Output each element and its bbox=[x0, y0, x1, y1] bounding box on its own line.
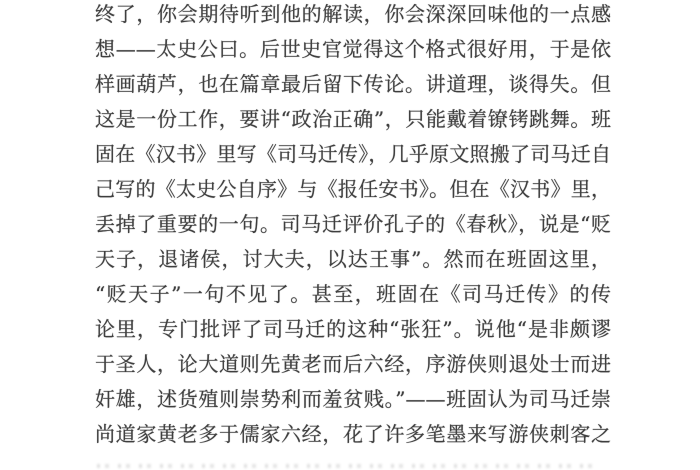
clipped-text-line-remnant bbox=[97, 462, 597, 470]
text-line: “贬天子”一句不见了。甚至，班固在《司马迁传》的传 bbox=[95, 277, 611, 312]
text-line: 丢掉了重要的一句。司马迁评价孔子的《春秋》，说是“贬 bbox=[95, 207, 611, 242]
text-line: 固在《汉书》里写《司马迁传》，几乎原文照搬了司马迁自 bbox=[95, 137, 611, 172]
text-line: 尚道家黄老多于儒家六经，花了许多笔墨来写游侠刺客之 bbox=[95, 417, 611, 452]
body-text-block: 终了，你会期待听到他的解读，你会深深回味他的一点感 想——太史公曰。后世史官觉得… bbox=[95, 0, 611, 452]
scanned-book-page: 终了，你会期待听到他的解读，你会深深回味他的一点感 想——太史公曰。后世史官觉得… bbox=[0, 0, 700, 470]
text-line: 论里，专门批评了司马迁的这种“张狂”。说他“是非颇谬 bbox=[95, 312, 611, 347]
text-line: 奸雄，述货殖则崇势利而羞贫贱。”——班固认为司马迁崇 bbox=[95, 382, 611, 417]
text-line: 于圣人，论大道则先黄老而后六经，序游侠则退处士而进 bbox=[95, 347, 611, 382]
text-line: 想——太史公曰。后世史官觉得这个格式很好用，于是依 bbox=[95, 32, 611, 67]
text-line: 终了，你会期待听到他的解读，你会深深回味他的一点感 bbox=[95, 0, 611, 32]
text-line: 这是一份工作，要讲“政治正确”，只能戴着镣铐跳舞。班 bbox=[95, 102, 611, 137]
text-line: 天子，退诸侯，讨大夫，以达王事”。然而在班固这里， bbox=[95, 242, 611, 277]
text-line: 己写的《太史公自序》与《报任安书》。但在《汉书》里， bbox=[95, 172, 611, 207]
text-line: 样画葫芦，也在篇章最后留下传论。讲道理，谈得失。但 bbox=[95, 67, 611, 102]
